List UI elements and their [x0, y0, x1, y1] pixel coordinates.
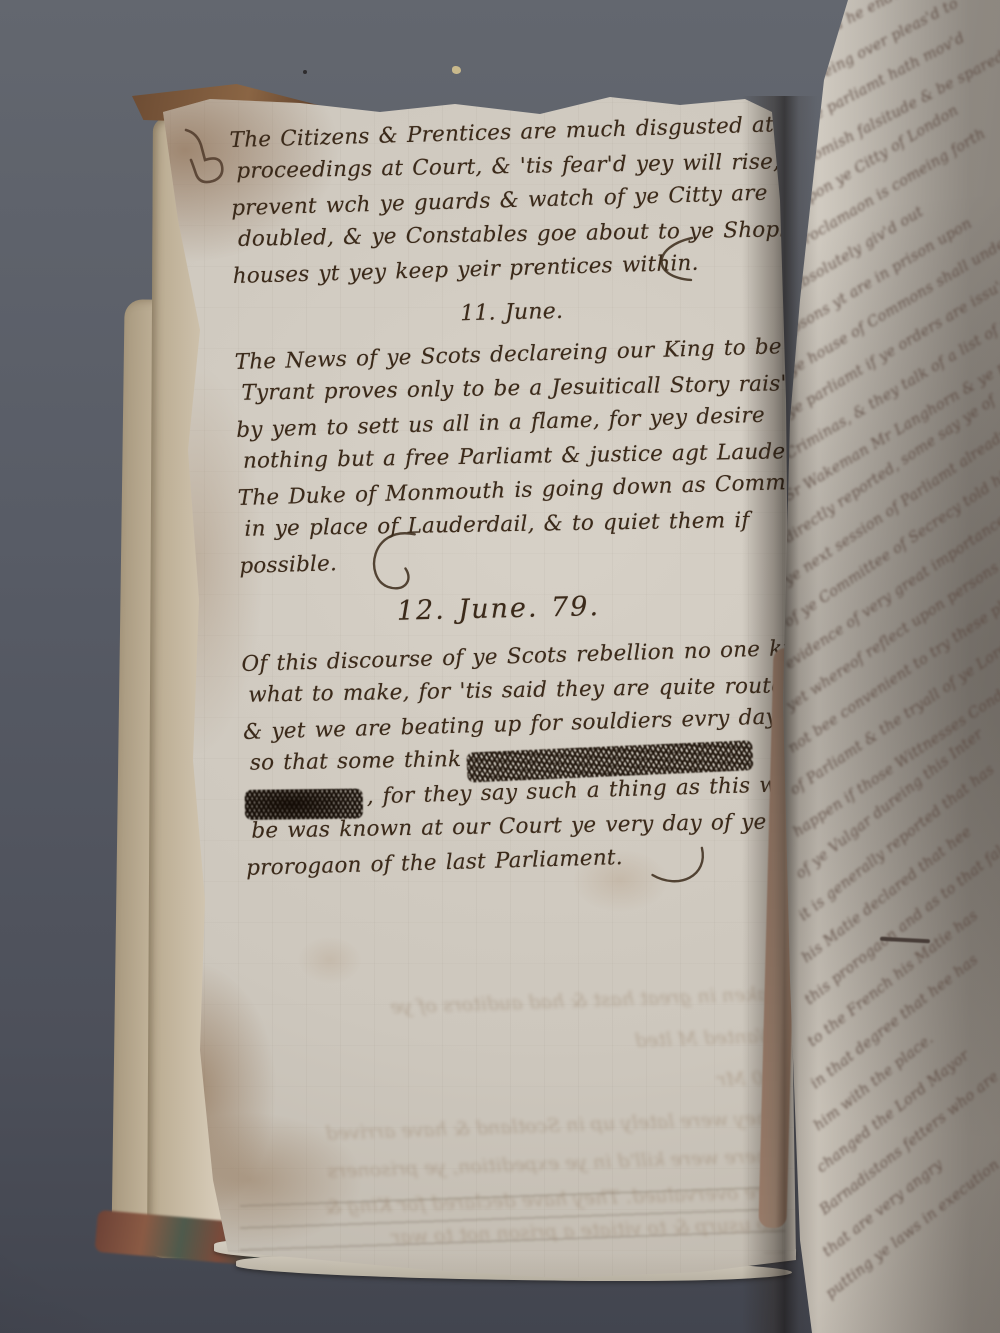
bleedthrough-line: of ye pre: [238, 0, 783, 32]
ink-blot-doodle: [178, 124, 228, 184]
paragraph-scots-rebellion: Of this discourse of ye Scots rebellion …: [241, 634, 802, 885]
bleedthrough-line: ye same day ye L: [238, 0, 783, 32]
pen-flourish: [356, 524, 428, 598]
manuscript-text-block: The Citizens & Prentices are much disgus…: [229, 110, 802, 894]
pen-flourish: [640, 230, 705, 289]
bleedthrough-line: this is called with ye church: [252, 0, 776, 31]
bleedthrough-line: and ye same of ye: [238, 0, 783, 32]
background-speck: [452, 66, 461, 74]
page-gutter-shadow: [742, 96, 818, 1333]
pen-flourish: [646, 834, 717, 892]
date-heading-11-june: 11. June.: [233, 290, 790, 337]
bleedthrough-line: of ye press country & to him: [252, 0, 776, 31]
bleedthrough-line: that are troubled much haveing ye: [252, 0, 776, 31]
manuscript-photo: ye same day ye L and ye same of ye of ye…: [0, 0, 1000, 1333]
paragraph-scots-news: The News of ye Scots declareing our King…: [234, 332, 795, 583]
paragraph-citizens: The Citizens & Prentices are much disgus…: [229, 110, 789, 293]
background-speck: [303, 70, 307, 74]
date-heading-12-june-79: 12. June. 79.: [240, 587, 757, 633]
manuscript-line-text: so that some think: [250, 747, 462, 776]
